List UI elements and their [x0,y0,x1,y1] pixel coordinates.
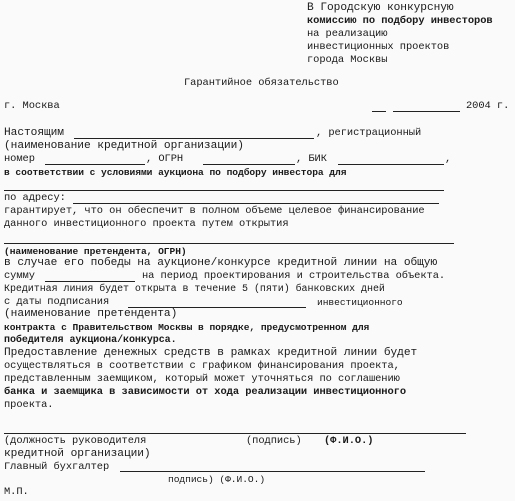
address-label: по адресу: [4,192,66,205]
head-signature-field[interactable] [4,433,466,434]
addressee-line-1: В Городскую конкурсную [307,2,454,15]
head-position-caption-1: (должность руководителя [4,435,146,448]
fio-caption: (Ф.И.О.) [324,435,373,448]
sum-suffix: на период проектирования и строительства… [142,270,445,283]
credit-org-name-field[interactable] [74,138,314,139]
number-label: номер [4,153,35,166]
winner-line: победителя аукциона/конкурса. [4,334,177,347]
intro-label: Настоящим [4,127,64,140]
org-name-caption: (наименование кредитной организации) [4,140,244,153]
investment-word: инвестиционного [317,296,403,309]
bik-comma: , [445,153,451,166]
seal-label: М.П. [4,486,29,499]
addressee-line-4: инвестиционных проектов [307,41,449,54]
funds-line-4: банка и заемщика в зависимости от хода р… [4,386,406,399]
guarantee-line-1: гарантирует, что он обеспечит в полном о… [4,205,425,218]
funds-line-3: представленным заемщиком, который может … [4,373,400,386]
signature-caption: (подпись) [246,435,302,448]
accountant-signature-field[interactable] [120,471,425,472]
addressee-line-3: на реализацию [307,28,387,41]
contract-line: контракта с Правительством Москвы в поря… [4,321,369,334]
ogrn-field[interactable] [203,164,295,165]
addressee-line-5: города Москвы [307,54,387,67]
guarantee-line-2: данного инвестиционного проекта путем от… [4,218,289,231]
funds-line-5: проекта. [4,399,53,412]
credit-line-open: Кредитная линия будет открыта в течение … [4,283,385,296]
date-year: 2004 г. [466,100,509,113]
sum-label: сумму [4,270,35,283]
registration-number-field[interactable] [45,164,145,165]
registration-suffix: , регистрационный [316,127,421,140]
date-month-field[interactable] [393,111,460,112]
accountant-caption: подпись) (Ф.И.О.) [168,473,265,486]
funds-line-1: Предоставление денежных средств в рамках… [4,347,417,360]
applicant-caption-2: (наименование претендента) [4,308,177,321]
date-day-field[interactable] [372,111,386,112]
applicant-name-field[interactable] [4,243,454,244]
sum-field[interactable] [45,281,135,282]
bik-field[interactable] [338,164,444,165]
chief-accountant-label: Главный бухгалтер [4,461,109,474]
win-line: в случае его победы на аукционе/конкурсе… [4,257,437,270]
bik-label: , БИК [296,153,327,166]
city-label: г. Москва [4,100,60,113]
address-field[interactable] [73,203,439,204]
project-name-field[interactable] [4,190,444,191]
ogrn-label: , ОГРН [146,153,183,166]
addressee-line-2: комиссию по подбору инвесторов [307,15,493,28]
document-title: Гарантийное обязательство [184,77,339,90]
auction-clause: в соответствии с условиями аукциона по п… [4,166,346,179]
head-position-caption-2: кредитной организации) [4,448,151,461]
funds-line-2: осуществляться в соответствии с графиком… [4,360,400,373]
